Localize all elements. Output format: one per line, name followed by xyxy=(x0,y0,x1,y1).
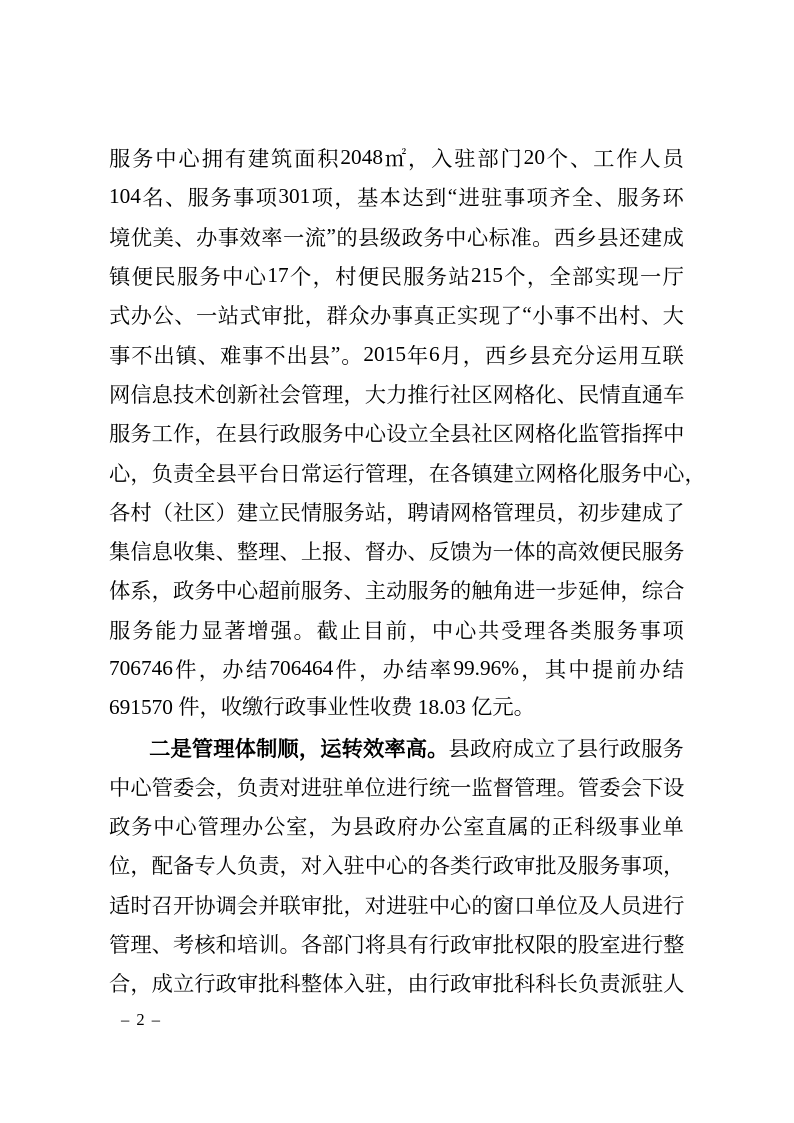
text-line: 体系，政务中心超前服务、主动服务的触角进一步延伸，综合 xyxy=(109,570,684,609)
text-line: 管理、考核和培训。各部门将具有行政审批权限的股室进行整 xyxy=(109,924,684,963)
text-line: 镇便民服务中心17个，村便民服务站215个，全部实现一厅 xyxy=(109,256,684,295)
text-line: 事不出镇、难事不出县”。2015年6月，西乡县充分运用互联 xyxy=(109,334,684,373)
text-line: 服务中心拥有建筑面积2048㎡，入驻部门20个、工作人员 xyxy=(109,138,684,177)
text-line: 心，负责全县平台日常运行管理，在各镇建立网格化服务中心， xyxy=(109,452,684,491)
text-line: 集信息收集、整理、上报、督办、反馈为一体的高效便民服务 xyxy=(109,531,684,570)
text-line: 中心管委会，负责对进驻单位进行统一监督管理。管委会下设 xyxy=(109,767,684,806)
text-line: 706746件，办结706464件，办结率99.96%，其中提前办结 xyxy=(109,649,684,688)
text-line: 式办公、一站式审批，群众办事真正实现了“小事不出村、大 xyxy=(109,295,684,334)
text-line: 网信息技术创新社会管理，大力推行社区网格化、民情直通车 xyxy=(109,374,684,413)
document-page: 服务中心拥有建筑面积2048㎡，入驻部门20个、工作人员104名、服务事项301… xyxy=(0,0,794,1123)
text-line: 合，成立行政审批科整体入驻，由行政审批科科长负责派驻人 xyxy=(109,963,684,1002)
text-line: 服务工作，在县行政服务中心设立全县社区网格化监管指挥中 xyxy=(109,413,684,452)
text-line: 位，配备专人负责，对入驻中心的各类行政审批及服务事项， xyxy=(109,845,684,884)
text-line: 境优美、办事效率一流”的县级政务中心标准。西乡县还建成 xyxy=(109,217,684,256)
text-line: 适时召开协调会并联审批，对进驻中心的窗口单位及人员进行 xyxy=(109,885,684,924)
text-line: 691570 件，收缴行政事业性收费 18.03 亿元。 xyxy=(109,688,684,727)
text-line: 二是管理体制顺，运转效率高。县政府成立了县行政服务 xyxy=(109,727,684,766)
text-line: 政务中心管理办公室，为县政府办公室直属的正科级事业单 xyxy=(109,806,684,845)
text-line: 104名、服务事项301项，基本达到“进驻事项齐全、服务环 xyxy=(109,177,684,216)
text-line: 服务能力显著增强。截止目前，中心共受理各类服务事项 xyxy=(109,610,684,649)
text-line: 各村（社区）建立民情服务站，聘请网格管理员，初步建成了 xyxy=(109,492,684,531)
document-body: 服务中心拥有建筑面积2048㎡，入驻部门20个、工作人员104名、服务事项301… xyxy=(109,138,684,1003)
page-number: – 2 – xyxy=(121,1008,162,1032)
